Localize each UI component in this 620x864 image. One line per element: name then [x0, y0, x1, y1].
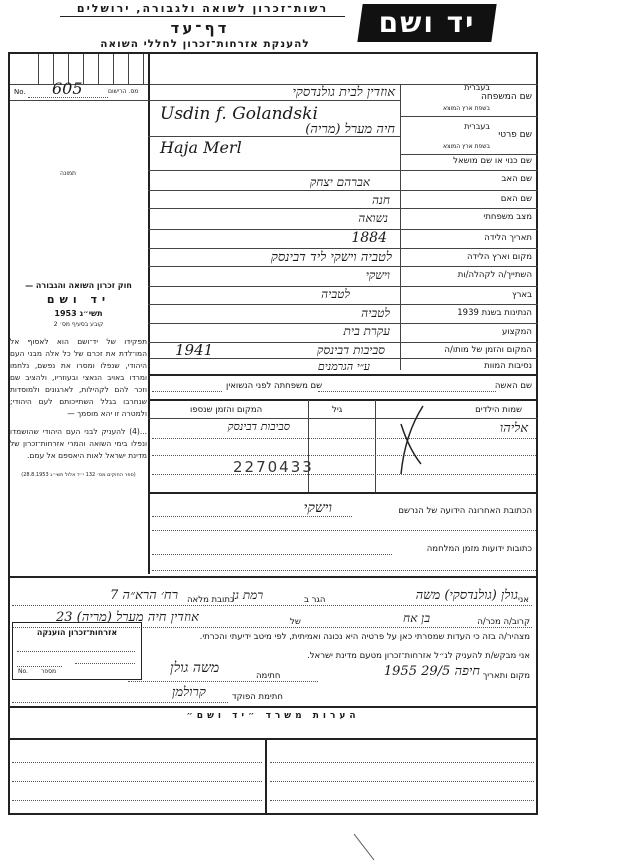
wartime-addresses-label: כתובות ידועות מזמן המלחמה — [427, 544, 532, 554]
declarant-name: גולן (גולנדסקי) משה — [416, 587, 518, 603]
memorial-box-title: אזרחות־זכרון הוענקה — [13, 628, 141, 637]
spouse-label: שם האשה — [495, 381, 532, 391]
divider — [148, 229, 538, 230]
inspector-label: חתימת הפוקד — [232, 692, 283, 702]
remarks-divider — [265, 738, 267, 814]
remarks-line[interactable] — [270, 800, 534, 801]
divider — [10, 84, 538, 85]
law-excerpt: חוק זכרון השואה והגבורה — יד ושם תשי״ג 1… — [10, 280, 147, 481]
deathyear-value: 1941 — [175, 341, 213, 359]
father-value: אברהם יצחק — [310, 175, 370, 190]
page-title: דף־עד — [140, 19, 260, 37]
memorial-no-label: No. — [18, 668, 28, 675]
of-label: של — [290, 617, 301, 627]
memorial-dots — [75, 663, 135, 664]
column-divider — [148, 54, 150, 574]
digit-box — [84, 54, 99, 84]
firstname-origin-value: Haja Merl — [160, 138, 242, 157]
row-dots — [152, 530, 536, 531]
memorial-citizenship-box: אזרחות־זכרון הוענקה No. מספר — [12, 622, 142, 680]
divider — [148, 190, 538, 191]
row-dots — [128, 681, 318, 682]
remarks-line[interactable] — [270, 781, 534, 782]
divider — [8, 576, 538, 578]
surname-origin-value: Usdin f. Golandski — [160, 104, 318, 124]
divider — [8, 706, 538, 708]
citizenship-value: לטביה — [361, 306, 390, 321]
divider — [148, 170, 538, 171]
inspector-signature: קרולמן — [172, 684, 206, 700]
place-date-value: חיפה 29/5 1955 — [384, 663, 480, 679]
surname-hebrew-value: אוזדין לבית גולנדסקי — [292, 84, 395, 100]
cross-out-mark — [395, 404, 445, 478]
law-footnote: (ספר החוקים מס׳ 132 י״ד אלול תשי״ג 28.8.… — [10, 470, 147, 481]
stamp-number: 2270433 — [233, 458, 314, 476]
residing-label: הגר ב — [304, 595, 325, 605]
surname-sub-hebrew: בעברית — [464, 83, 490, 92]
remarks-line[interactable] — [270, 762, 534, 763]
signature-value: משה גולן — [170, 660, 219, 677]
divider — [148, 418, 538, 419]
child-place-value: סביבות דבינסק — [228, 420, 290, 433]
relation-label: קרוב/ה מכר/ה — [477, 617, 530, 627]
birthdate-value: 1884 — [351, 230, 387, 246]
surname-sub-origin: בשפת ארץ המוצא — [443, 105, 490, 112]
logo-text: יד ושם — [360, 4, 494, 42]
signature-label: חתימה — [256, 671, 280, 681]
divider — [8, 738, 538, 740]
table-col-divider — [308, 400, 309, 492]
stray-pen-mark — [350, 830, 380, 864]
row-dots — [12, 605, 532, 606]
mother-value: חנה — [372, 193, 390, 208]
child-name-value: אליהו — [500, 420, 528, 436]
maiden-name-label: שם משפחתה לפני הנשואין — [226, 381, 322, 391]
reg-no-label-he: מס. הרישום — [108, 88, 138, 95]
firstname-sub-origin: בשפת ארץ המוצא — [443, 143, 490, 150]
remarks-line[interactable] — [12, 762, 262, 763]
marital-value: נשואה — [358, 211, 388, 226]
spouse-name-dots — [318, 391, 496, 392]
digit-box — [114, 54, 129, 84]
row-dots — [152, 455, 536, 456]
law-name: יד ושם — [10, 294, 147, 305]
circumstances-value: ע״י הגרמנים — [318, 360, 370, 373]
deathplace-label: המקום והזמן של מותו/ה — [444, 345, 532, 355]
last-address-value: וישקי — [304, 500, 332, 517]
last-address-label: הכתובת האחרונה הידועה של הנרשם — [398, 506, 532, 516]
spouse-dots — [152, 391, 222, 392]
country-value: לטביה — [321, 287, 350, 302]
firstname-label: שם פרטי — [498, 130, 532, 140]
digit-box — [24, 54, 39, 84]
row-dots — [152, 438, 536, 439]
digit-box — [99, 54, 114, 84]
row-dots — [12, 702, 228, 703]
declaration-text: מצהיר/ה בזה כי העדות שמסרתי כאן על פרטיה… — [200, 632, 530, 642]
divider — [148, 492, 538, 494]
firstname-hebrew-value: חיה מערל (מריה) — [305, 121, 395, 137]
father-label: שם האב — [501, 174, 532, 184]
memorial-dots — [17, 666, 62, 667]
law-text-2: ...(4) להעניק לבני העם היהודי שהושמדו ונ… — [10, 426, 147, 462]
page-subtitle: להענקת אזרחות־זכרון לחללי השואה — [70, 38, 340, 50]
memorial-dots — [17, 651, 135, 652]
label-column-divider — [400, 84, 401, 370]
law-text-1: תפקידו של יד־ושם הוא לאסוף אל המו־לדת את… — [10, 336, 147, 420]
divider — [148, 100, 400, 101]
deathplace-value: סביבות דבינסק — [317, 343, 385, 358]
registration-number: 605 — [52, 79, 83, 98]
divider — [148, 208, 538, 209]
row-dots — [152, 474, 536, 475]
remarks-title: הערות משרד ״יד ושם״ — [8, 711, 538, 721]
divider — [10, 100, 148, 101]
divider — [148, 399, 538, 401]
children-header-place: המקום והזמן שנספו — [190, 405, 262, 415]
surname-label: שם המשפחה — [481, 92, 532, 102]
remarks-line[interactable] — [12, 781, 262, 782]
digit-box — [129, 54, 144, 84]
wartime-dots — [152, 554, 392, 555]
mother-label: שם האם — [501, 194, 532, 204]
address-label: כתובת מלאה — [187, 595, 234, 605]
remarks-line[interactable] — [12, 800, 262, 801]
request-text: אני מבקש/ת להעניק לנ״ל אזרחות־זכרון מטעם… — [307, 651, 530, 661]
residing-value: רמת גן — [232, 588, 263, 603]
profession-value: עקרת בית — [344, 324, 391, 339]
firstname-sub-hebrew: בעברית — [464, 122, 490, 131]
birthdate-label: תאריך הלידה — [484, 233, 532, 243]
marital-label: מצב משפחתי — [483, 212, 532, 222]
reg-no-label: No. — [14, 88, 26, 96]
law-clause: קובע בסעיף מס׳ 2 — [10, 319, 147, 330]
divider — [400, 116, 538, 117]
children-header-names: שמות הילדים — [475, 405, 522, 415]
birthplace-value: לטביה וישקי ליד דבינסק — [271, 249, 392, 265]
declarant-intro: אני — [518, 595, 529, 605]
relation-value: בן אח — [403, 611, 430, 626]
profession-label: המקצוע — [502, 327, 532, 337]
nickname-label: שם כנוי או שם מושאל — [453, 156, 532, 166]
community-value: וישקי — [366, 268, 390, 283]
address-value: רח׳ הרא״ה 7 — [110, 587, 178, 603]
yad-vashem-logo: יד ושם — [357, 4, 496, 42]
divider — [148, 374, 538, 376]
divider — [148, 304, 538, 305]
authority-title: רשות־זכרון לשואה ולגבורה, ירושלים — [60, 2, 345, 17]
divider — [400, 154, 538, 155]
table-col-divider — [375, 400, 376, 492]
community-label: השתייך/ה לקהלה/ות — [458, 270, 532, 280]
divider — [148, 266, 538, 267]
place-date-label: מקום ותאריך — [483, 671, 530, 681]
children-header-age: גיל — [332, 405, 342, 415]
citizenship-label: הנתינות בשנת 1939 — [457, 308, 532, 318]
memorial-number-label: מספר — [41, 668, 56, 675]
row-dots — [152, 570, 536, 571]
photo-label: תמונה — [60, 170, 76, 177]
circumstances-label: נסיבות המוות — [484, 361, 532, 371]
birthplace-label: מקום וארץ הלידה — [467, 252, 532, 262]
country-label: בארץ — [512, 290, 532, 300]
law-year: תשי״ג 1953 — [10, 308, 147, 319]
law-title: חוק זכרון השואה והגבורה — — [10, 280, 147, 291]
